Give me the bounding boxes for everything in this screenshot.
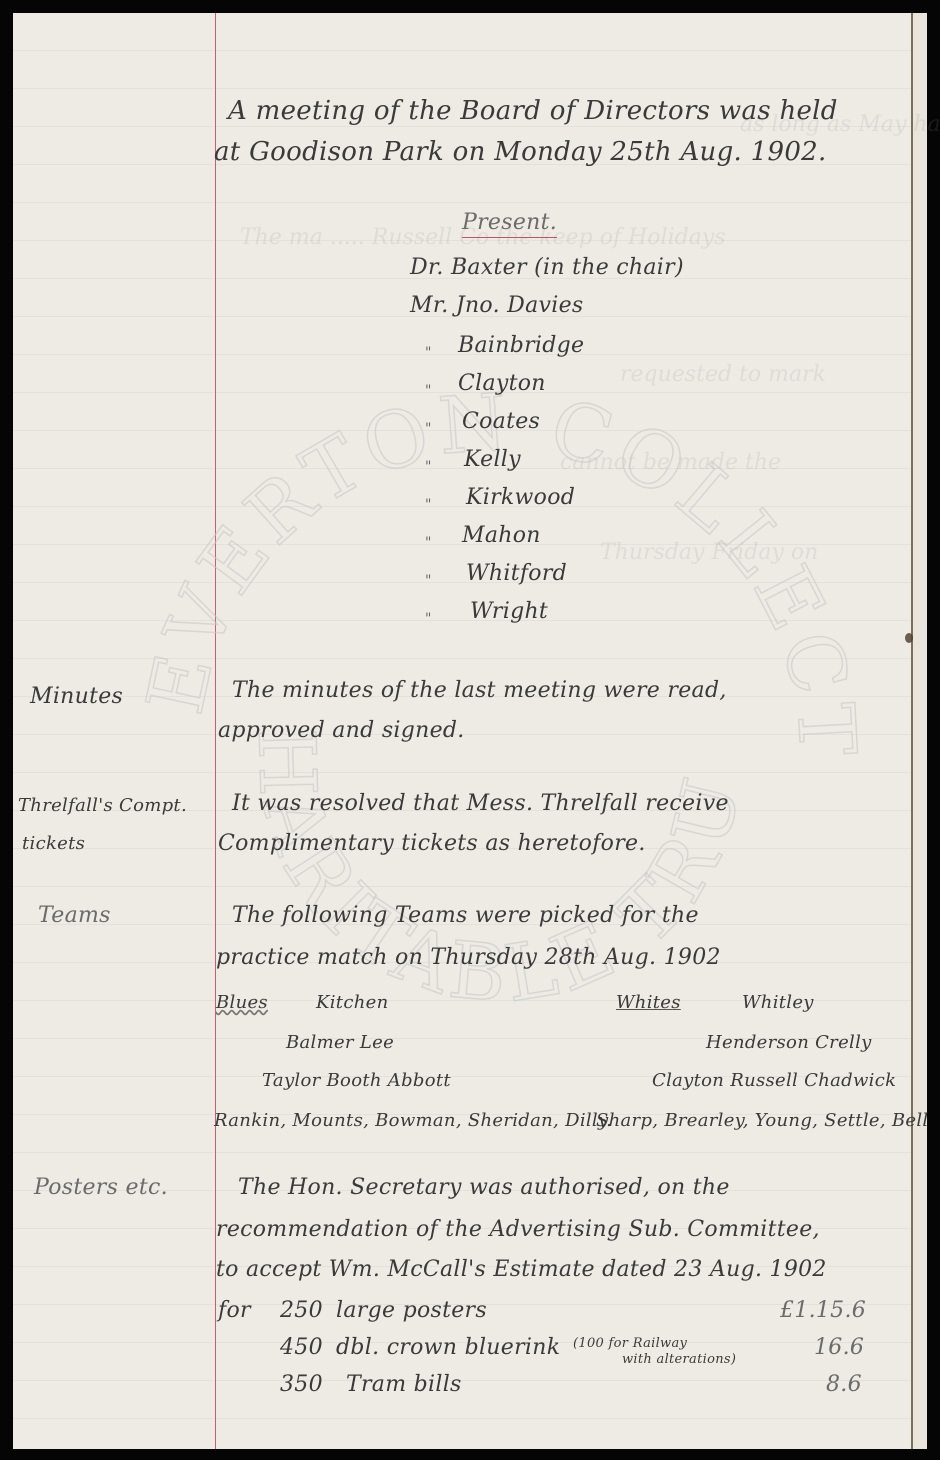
margin-note-teams: Teams: [38, 903, 111, 928]
ditto-mark: ": [425, 497, 431, 513]
ditto-mark: ": [425, 383, 431, 399]
estimate-note-2: with alterations): [622, 1352, 736, 1367]
whites-label-text: Whites: [616, 992, 681, 1013]
estimate-qty: 250: [280, 1298, 323, 1323]
whites-halves: Clayton Russell Chadwick: [652, 1070, 896, 1091]
facing-page-edge: [911, 13, 927, 1449]
estimate-desc: dbl. crown bluerink: [336, 1335, 560, 1360]
member-name: Kirkwood: [466, 485, 575, 510]
ditto-mark: ": [425, 421, 431, 437]
minutes-line-1: The minutes of the last meeting were rea…: [232, 678, 727, 703]
estimate-desc: Tram bills: [346, 1372, 462, 1397]
estimate-qty: 450: [280, 1335, 323, 1360]
blues-label-text: Blues: [216, 992, 268, 1013]
estimate-amount: £1.15.6: [780, 1298, 866, 1323]
bleed-through: cannot be made the: [560, 450, 781, 475]
member-row: Mr. Jno. Davies: [410, 293, 584, 318]
whites-forwards: Sharp, Brearley, Young, Settle, Bell: [596, 1110, 928, 1131]
member-name: Bainbridge: [458, 333, 584, 358]
estimate-amount: 8.6: [826, 1372, 862, 1397]
ditto-mark: ": [425, 459, 431, 475]
ditto-mark: ": [425, 345, 431, 361]
whites-goalkeeper: Whitley: [742, 992, 814, 1013]
margin-note-minutes: Minutes: [30, 684, 123, 709]
present-title-text: Present.: [462, 210, 557, 238]
estimate-qty: 350: [280, 1372, 323, 1397]
margin-note-threlfall: Threlfall's Compt.: [18, 795, 187, 816]
blues-halves: Taylor Booth Abbott: [262, 1070, 451, 1091]
ditto-mark: ": [425, 573, 431, 589]
for-label: for: [218, 1298, 251, 1323]
blues-backs: Balmer Lee: [286, 1032, 394, 1053]
ditto-mark: ": [425, 535, 431, 551]
margin-note-posters: Posters etc.: [34, 1175, 168, 1200]
ditto-mark: ": [425, 611, 431, 627]
team-blues-label: Blues: [216, 992, 268, 1013]
member-name: Baxter (in the chair): [451, 255, 684, 280]
bleed-through: requested to mark: [620, 362, 826, 387]
member-name: Jno. Davies: [456, 293, 584, 318]
member-name: Clayton: [458, 371, 546, 396]
team-whites-label: Whites: [616, 992, 681, 1013]
teams-line-2: practice match on Thursday 28th Aug. 190…: [216, 945, 721, 970]
heading-line-1: A meeting of the Board of Directors was …: [228, 96, 838, 126]
member-name: Wright: [470, 599, 548, 624]
member-prefix: Dr.: [410, 255, 444, 280]
member-prefix: Mr.: [410, 293, 449, 318]
blues-goalkeeper: Kitchen: [316, 992, 388, 1013]
estimate-amount: 16.6: [814, 1335, 864, 1360]
threlfall-line-1: It was resolved that Mess. Threlfall rec…: [232, 791, 729, 816]
minutes-line-2: approved and signed.: [218, 718, 465, 743]
posters-line-1: The Hon. Secretary was authorised, on th…: [238, 1175, 730, 1200]
teams-line-1: The following Teams were picked for the: [232, 903, 699, 928]
present-title: Present.: [462, 210, 557, 235]
blues-forwards: Rankin, Mounts, Bowman, Sheridan, Dilly.: [214, 1110, 612, 1131]
member-name: Coates: [462, 409, 540, 434]
member-name: Whitford: [466, 561, 567, 586]
posters-line-2: recommendation of the Advertising Sub. C…: [216, 1217, 820, 1242]
threlfall-line-2: Complimentary tickets as heretofore.: [218, 831, 646, 856]
whites-backs: Henderson Crelly: [706, 1032, 872, 1053]
posters-line-3: to accept Wm. McCall's Estimate dated 23…: [216, 1257, 827, 1282]
member-name: Mahon: [462, 523, 541, 548]
bleed-through: Thursday Friday on: [600, 540, 818, 565]
member-row: Dr. Baxter (in the chair): [410, 255, 684, 280]
member-name: Kelly: [464, 447, 521, 472]
ink-blot: [905, 633, 913, 643]
estimate-desc: large posters: [336, 1298, 487, 1323]
estimate-note: (100 for Railway: [573, 1336, 687, 1351]
heading-line-2: at Goodison Park on Monday 25th Aug. 190…: [214, 137, 827, 167]
margin-note-tickets: tickets: [22, 833, 85, 854]
